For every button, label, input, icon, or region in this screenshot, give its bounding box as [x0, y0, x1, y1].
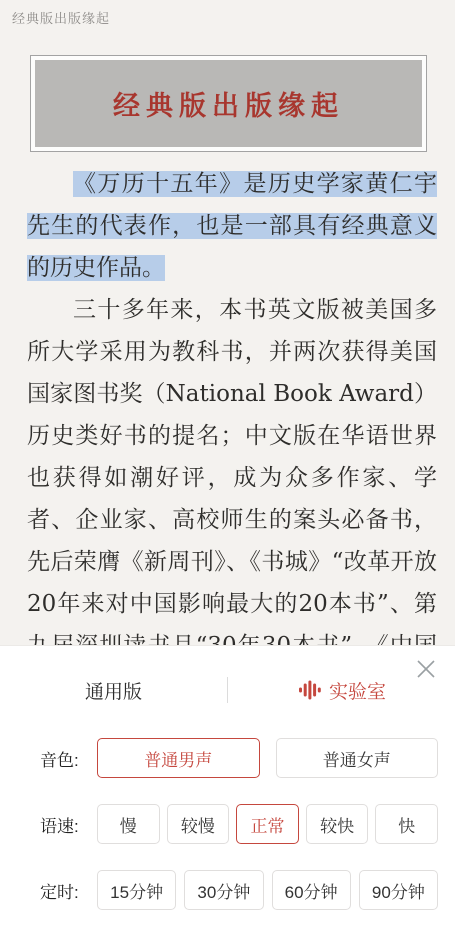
voice-option-female[interactable]: 普通女声: [276, 738, 439, 778]
speed-label: 语速:: [40, 812, 97, 837]
paragraph: 《万历十五年》是历史学家黄仁宇先生的代表作，也是一部具有经典意义的历史作品。: [27, 163, 437, 289]
speed-options: 慢 较慢 正常 较快 快: [97, 804, 438, 844]
speed-option-faster[interactable]: 较快: [306, 804, 369, 844]
speed-row: 语速: 慢 较慢 正常 较快 快: [40, 804, 438, 844]
timer-option-60min[interactable]: 60分钟: [272, 870, 351, 910]
highlighted-sentence: 《万历十五年》是历史学家黄仁宇先生的代表作，也是一部具有经典意义的历史作品。: [27, 171, 437, 281]
timer-option-15min[interactable]: 15分钟: [97, 870, 176, 910]
timer-row: 定时: 15分钟 30分钟 60分钟 90分钟: [40, 870, 438, 910]
chapter-title: 经典版出版缘起: [113, 84, 344, 123]
close-icon[interactable]: [411, 654, 441, 684]
waveform-icon: [297, 678, 321, 702]
chapter-title-box: 经典版出版缘起: [30, 55, 427, 152]
speed-option-fast[interactable]: 快: [375, 804, 438, 844]
timer-option-30min[interactable]: 30分钟: [184, 870, 263, 910]
tab-general-label: 通用版: [85, 677, 142, 704]
tts-tab-bar: 通用版 实验室: [0, 658, 455, 722]
timer-options: 15分钟 30分钟 60分钟 90分钟: [97, 870, 438, 910]
chapter-title-box-fill: 经典版出版缘起: [35, 60, 422, 147]
reader-body[interactable]: 《万历十五年》是历史学家黄仁宇先生的代表作，也是一部具有经典意义的历史作品。 三…: [27, 163, 437, 645]
tts-settings-panel: 通用版 实验室 音色: 普通男声: [0, 645, 455, 933]
body-sentence: 三十多年来，本书英文版被美国多所大学采用为教科书，并两次获得美国国家图书奖（Na…: [27, 297, 437, 645]
timer-label: 定时:: [40, 878, 97, 903]
speed-option-normal[interactable]: 正常: [236, 804, 299, 844]
speed-option-slow[interactable]: 慢: [97, 804, 160, 844]
voice-option-male[interactable]: 普通男声: [97, 738, 260, 778]
paragraph: 三十多年来，本书英文版被美国多所大学采用为教科书，并两次获得美国国家图书奖（Na…: [27, 289, 437, 645]
voice-options: 普通男声 普通女声: [97, 738, 438, 778]
tab-lab-label: 实验室: [329, 677, 386, 704]
voice-row: 音色: 普通男声 普通女声: [40, 738, 438, 778]
chapter-header: 经典版出版缘起: [12, 8, 110, 27]
voice-label: 音色:: [40, 746, 97, 771]
timer-option-90min[interactable]: 90分钟: [359, 870, 438, 910]
reader-screen: 经典版出版缘起 经典版出版缘起 《万历十五年》是历史学家黄仁宇先生的代表作，也是…: [0, 0, 455, 933]
speed-option-slower[interactable]: 较慢: [167, 804, 230, 844]
tab-general[interactable]: 通用版: [0, 677, 227, 704]
